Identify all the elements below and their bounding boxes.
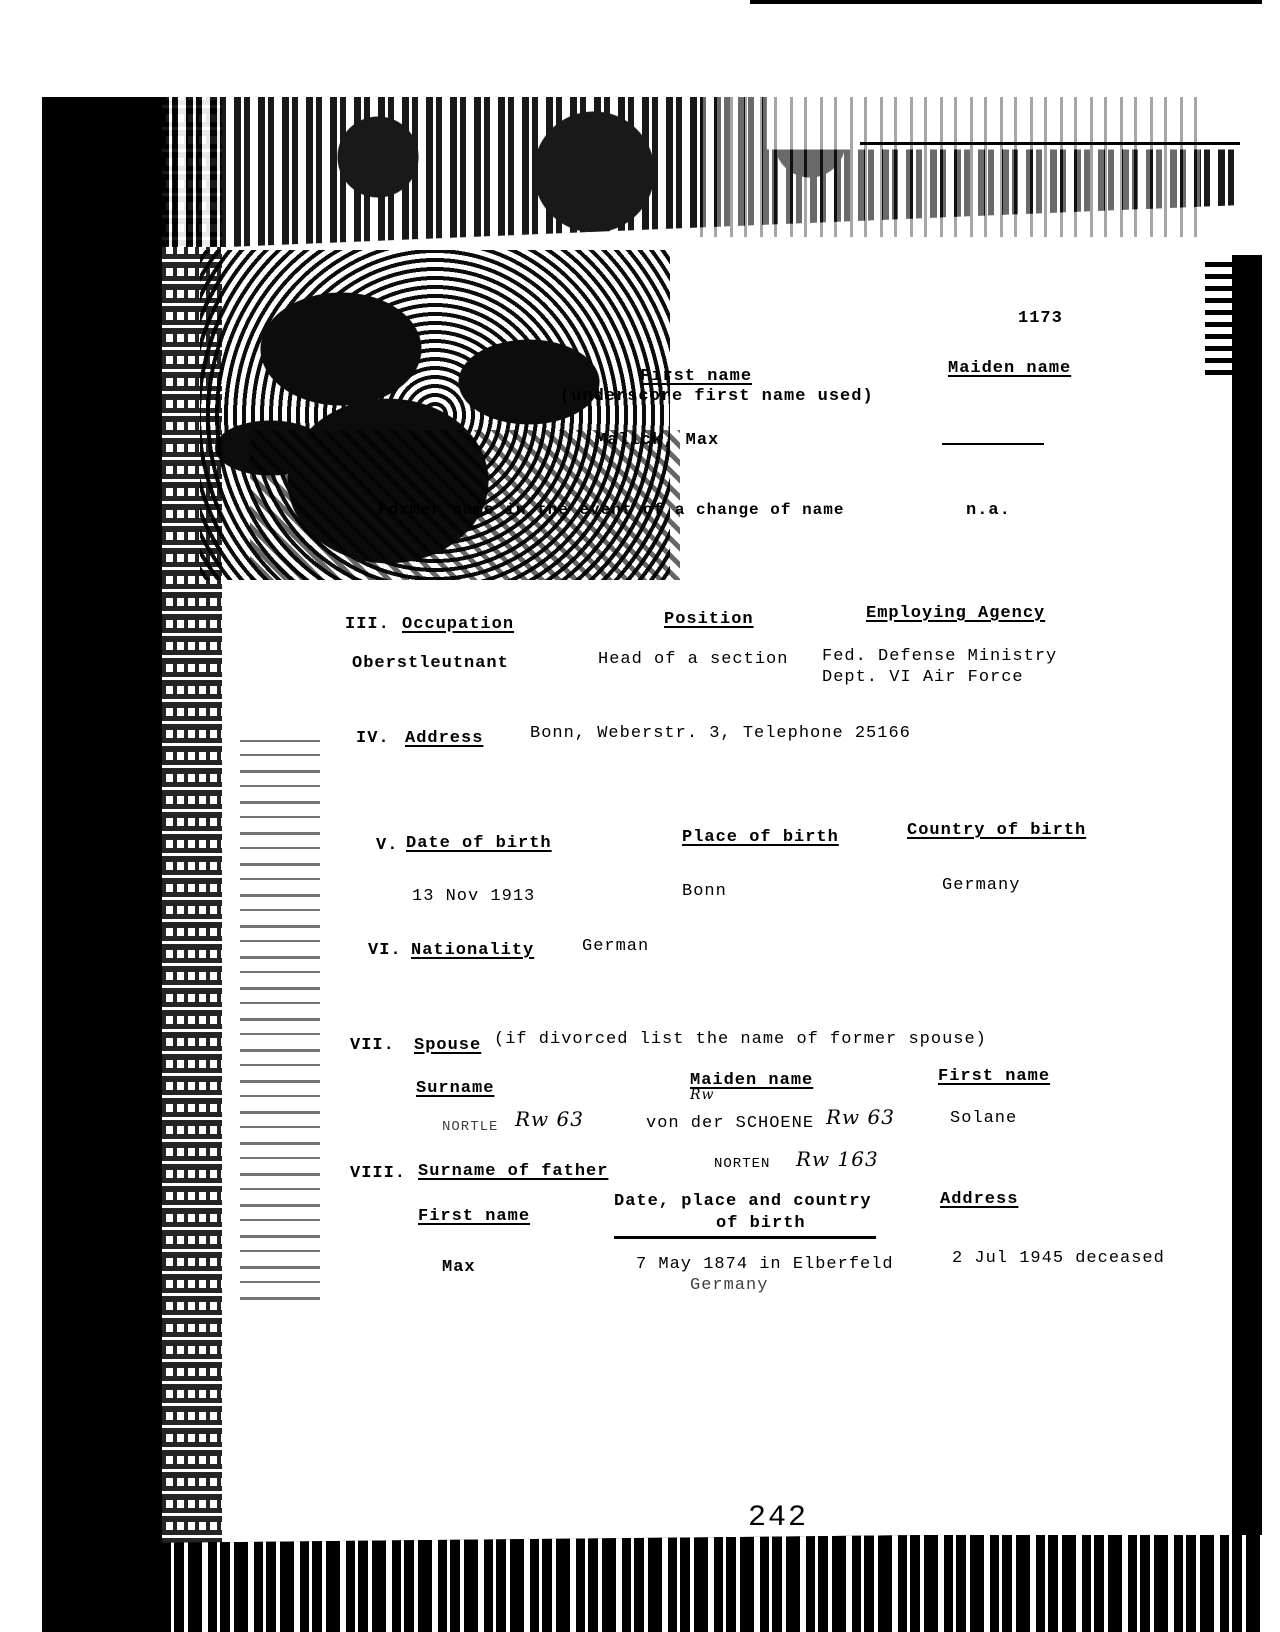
section-v-numeral: V.: [376, 837, 398, 856]
scan-right-border: [1232, 255, 1262, 1535]
section-vii-numeral: VII.: [350, 1037, 395, 1056]
father-first-name-value: Max: [442, 1259, 476, 1278]
position-value: Head of a section: [598, 651, 788, 670]
address-label: Address: [405, 730, 483, 749]
father-dob-value-line2: Germany: [690, 1277, 768, 1296]
occupation-value: Oberstleutnant: [352, 655, 509, 674]
father-surname-value: NORTEN: [714, 1157, 770, 1172]
section-viii-numeral: VIII.: [350, 1165, 406, 1184]
date-of-birth-label: Date of birth: [406, 835, 552, 854]
father-surname-annotation: Rw 163: [796, 1148, 879, 1170]
scan-left-notch: [42, 97, 84, 145]
father-dob-value-line1: 7 May 1874 in Elberfeld: [636, 1256, 894, 1275]
first-name-label: First name: [640, 368, 752, 387]
page-number: 242: [748, 1502, 808, 1535]
spouse-label: Spouse: [414, 1037, 481, 1056]
occupation-label: Occupation: [402, 616, 514, 635]
employing-agency-label: Employing Agency: [866, 605, 1045, 624]
surname-value: Malick, Max: [596, 432, 719, 451]
nationality-label: Nationality: [411, 942, 534, 961]
maiden-name-annotation: Rw: [690, 1088, 715, 1103]
father-address-value: 2 Jul 1945 deceased: [952, 1250, 1165, 1269]
section-iv-numeral: IV.: [356, 730, 390, 749]
scan-right-noise: [1205, 255, 1235, 375]
section-vi-numeral: VI.: [368, 942, 402, 961]
spouse-maiden-annotation: Rw 63: [826, 1106, 895, 1128]
scan-top-rule: [750, 0, 1262, 4]
spouse-note: (if divorced list the name of former spo…: [494, 1031, 987, 1050]
address-value: Bonn, Weberstr. 3, Telephone 25166: [530, 725, 911, 744]
scan-top-band-light: [700, 97, 1200, 237]
country-of-birth-value: Germany: [942, 877, 1020, 896]
spouse-first-name-value: Solane: [950, 1110, 1017, 1129]
scan-bottom-band: [162, 1535, 1262, 1632]
scan-left-specks: [240, 740, 320, 1300]
scan-left-border: [42, 97, 162, 1632]
country-of-birth-label: Country of birth: [907, 822, 1086, 841]
father-first-name-label: First name: [418, 1208, 530, 1227]
date-of-birth-value: 13 Nov 1913: [412, 888, 535, 907]
first-name-note: (underscore first name used): [560, 388, 874, 407]
spouse-first-name-label: First name: [938, 1068, 1050, 1087]
spouse-maiden-name-value: von der SCHOENE: [646, 1115, 814, 1134]
spouse-surname-label: Surname: [416, 1080, 494, 1099]
spouse-surname-value: NORTLE: [442, 1120, 498, 1135]
father-dob-label-line1: Date, place and country: [614, 1193, 872, 1212]
father-address-label: Address: [940, 1191, 1018, 1210]
position-label: Position: [664, 611, 754, 630]
father-dob-label-underline: [614, 1236, 876, 1239]
place-of-birth-label: Place of birth: [682, 829, 839, 848]
agency-value-line2: Dept. VI Air Force: [822, 669, 1024, 688]
former-name-label: Former name in the event of a change of …: [378, 502, 844, 520]
spouse-surname-annotation: Rw 63: [515, 1108, 584, 1130]
former-name-value: n.a.: [966, 502, 1011, 521]
place-of-birth-value: Bonn: [682, 883, 727, 902]
scan-top-line: [860, 142, 1240, 145]
section-iii-numeral: III.: [345, 616, 390, 635]
nationality-value: German: [582, 938, 649, 957]
maiden-name-label: Maiden name: [948, 360, 1071, 379]
record-number: 1173: [1018, 310, 1063, 329]
father-surname-label: Surname of father: [418, 1163, 608, 1182]
maiden-name-blank-line: [942, 443, 1044, 445]
father-dob-label-line2: of birth: [716, 1215, 806, 1234]
agency-value-line1: Fed. Defense Ministry: [822, 648, 1057, 667]
